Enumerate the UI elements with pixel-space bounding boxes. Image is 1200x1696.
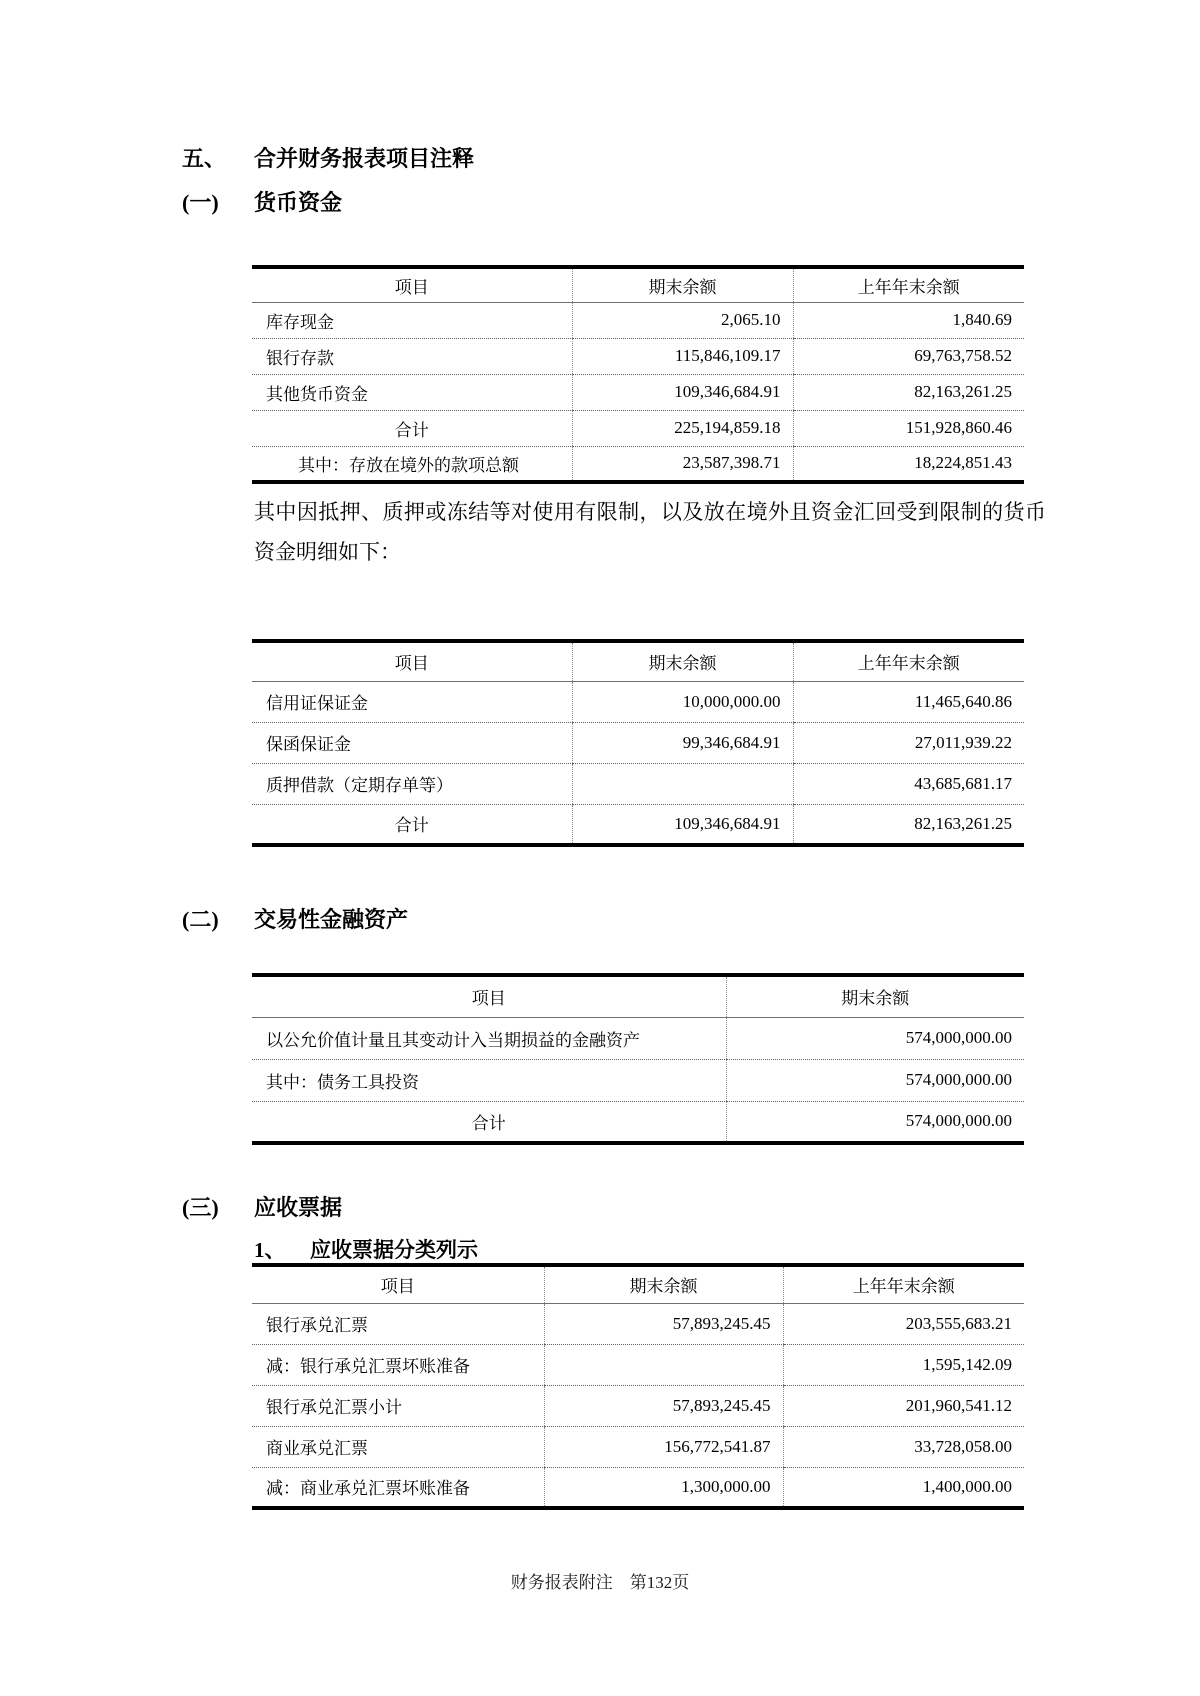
page-content: 五、 合并财务报表项目注释 (一) 货币资金 项目期末余额上年年末余额库存现金2…: [0, 0, 1200, 1510]
section-heading-notes-receivable: (三) 应收票据: [182, 1193, 1040, 1223]
column-header: 上年年末余额: [793, 267, 1024, 302]
subsection-title: 应收票据分类列示: [310, 1237, 478, 1263]
row-label: 保函保证金: [252, 722, 572, 763]
main-section-heading: 五、 合并财务报表项目注释: [182, 144, 1040, 174]
column-header: 期末余额: [726, 975, 1024, 1017]
amount-cell: 11,465,640.86: [793, 681, 1024, 722]
table-row: 库存现金2,065.101,840.69: [252, 302, 1024, 338]
notes-receivable-table: 项目期末余额上年年末余额银行承兑汇票57,893,245.45203,555,6…: [252, 1263, 1024, 1510]
amount-cell: [572, 763, 793, 804]
amount-cell: 43,685,681.17: [793, 763, 1024, 804]
amount-cell: 23,587,398.71: [572, 446, 793, 482]
amount-cell: [544, 1344, 783, 1385]
amount-cell: 27,011,939.22: [793, 722, 1024, 763]
section-number: (一): [182, 188, 254, 218]
amount-cell: 201,960,541.12: [783, 1385, 1024, 1426]
column-header: 期末余额: [572, 267, 793, 302]
row-label: 其中：债务工具投资: [252, 1059, 726, 1101]
column-header: 期末余额: [544, 1265, 783, 1303]
amount-cell: 203,555,683.21: [783, 1303, 1024, 1344]
table-row: 银行承兑汇票57,893,245.45203,555,683.21: [252, 1303, 1024, 1344]
row-label: 银行存款: [252, 338, 572, 374]
amount-cell: 151,928,860.46: [793, 410, 1024, 446]
table-header-row: 项目期末余额上年年末余额: [252, 641, 1024, 681]
row-label: 减：银行承兑汇票坏账准备: [252, 1344, 544, 1385]
table-row: 减：银行承兑汇票坏账准备1,595,142.09: [252, 1344, 1024, 1385]
row-label: 信用证保证金: [252, 681, 572, 722]
row-label: 银行承兑汇票小计: [252, 1385, 544, 1426]
row-label: 商业承兑汇票: [252, 1426, 544, 1467]
amount-cell: 57,893,245.45: [544, 1385, 783, 1426]
subsection-heading-classification: 1、 应收票据分类列示: [254, 1237, 1040, 1263]
amount-cell: 1,840.69: [793, 302, 1024, 338]
column-header: 项目: [252, 1265, 544, 1303]
section-number: (二): [182, 905, 254, 935]
monetary-funds-table: 项目期末余额上年年末余额库存现金2,065.101,840.69银行存款115,…: [252, 265, 1024, 484]
row-label: 以公允价值计量且其变动计入当期损益的金融资产: [252, 1017, 726, 1059]
amount-cell: 82,163,261.25: [793, 804, 1024, 845]
table-row: 其中：债务工具投资574,000,000.00: [252, 1059, 1024, 1101]
table-row: 保函保证金99,346,684.9127,011,939.22: [252, 722, 1024, 763]
table-row: 信用证保证金10,000,000.0011,465,640.86: [252, 681, 1024, 722]
row-label: 质押借款（定期存单等）: [252, 763, 572, 804]
amount-cell: 33,728,058.00: [783, 1426, 1024, 1467]
row-label: 其他货币资金: [252, 374, 572, 410]
section-title: 应收票据: [254, 1193, 342, 1223]
row-label: 合计: [252, 804, 572, 845]
table-row: 减：商业承兑汇票坏账准备1,300,000.001,400,000.00: [252, 1467, 1024, 1508]
column-header: 项目: [252, 641, 572, 681]
table-row: 银行存款115,846,109.1769,763,758.52: [252, 338, 1024, 374]
table-row: 其中：存放在境外的款项总额23,587,398.7118,224,851.43: [252, 446, 1024, 482]
row-label: 银行承兑汇票: [252, 1303, 544, 1344]
column-header: 上年年末余额: [783, 1265, 1024, 1303]
amount-cell: 57,893,245.45: [544, 1303, 783, 1344]
amount-cell: 574,000,000.00: [726, 1017, 1024, 1059]
table-header-row: 项目期末余额: [252, 975, 1024, 1017]
amount-cell: 1,300,000.00: [544, 1467, 783, 1508]
amount-cell: 1,595,142.09: [783, 1344, 1024, 1385]
document-page: 五、 合并财务报表项目注释 (一) 货币资金 项目期末余额上年年末余额库存现金2…: [0, 0, 1200, 1696]
row-label: 减：商业承兑汇票坏账准备: [252, 1467, 544, 1508]
column-header: 项目: [252, 975, 726, 1017]
section-heading-monetary-funds: (一) 货币资金: [182, 188, 1040, 218]
amount-cell: 156,772,541.87: [544, 1426, 783, 1467]
section-title: 货币资金: [254, 188, 342, 218]
amount-cell: 574,000,000.00: [726, 1059, 1024, 1101]
main-section-number: 五、: [182, 144, 254, 174]
amount-cell: 574,000,000.00: [726, 1101, 1024, 1143]
column-header: 项目: [252, 267, 572, 302]
column-header: 期末余额: [572, 641, 793, 681]
row-label: 库存现金: [252, 302, 572, 338]
amount-cell: 109,346,684.91: [572, 374, 793, 410]
table-header-row: 项目期末余额上年年末余额: [252, 267, 1024, 302]
main-section-title: 合并财务报表项目注释: [254, 144, 474, 174]
trading-financial-assets-table: 项目期末余额以公允价值计量且其变动计入当期损益的金融资产574,000,000.…: [252, 973, 1024, 1145]
table-row: 商业承兑汇票156,772,541.8733,728,058.00: [252, 1426, 1024, 1467]
table-header-row: 项目期末余额上年年末余额: [252, 1265, 1024, 1303]
amount-cell: 69,763,758.52: [793, 338, 1024, 374]
row-label: 其中：存放在境外的款项总额: [252, 446, 572, 482]
restricted-funds-table: 项目期末余额上年年末余额信用证保证金10,000,000.0011,465,64…: [252, 639, 1024, 847]
amount-cell: 225,194,859.18: [572, 410, 793, 446]
page-footer: 财务报表附注 第132页: [0, 1568, 1200, 1593]
amount-cell: 82,163,261.25: [793, 374, 1024, 410]
section-title: 交易性金融资产: [254, 905, 408, 935]
amount-cell: 18,224,851.43: [793, 446, 1024, 482]
table-row: 合计225,194,859.18151,928,860.46: [252, 410, 1024, 446]
restricted-funds-note: 其中因抵押、质押或冻结等对使用有限制，以及放在境外且资金汇回受到限制的货币资金明…: [254, 492, 1046, 572]
subsection-number: 1、: [254, 1237, 310, 1263]
section-heading-trading-assets: (二) 交易性金融资产: [182, 905, 1040, 935]
table-row: 合计574,000,000.00: [252, 1101, 1024, 1143]
table-row: 银行承兑汇票小计57,893,245.45201,960,541.12: [252, 1385, 1024, 1426]
column-header: 上年年末余额: [793, 641, 1024, 681]
table-row: 质押借款（定期存单等）43,685,681.17: [252, 763, 1024, 804]
amount-cell: 1,400,000.00: [783, 1467, 1024, 1508]
amount-cell: 109,346,684.91: [572, 804, 793, 845]
amount-cell: 2,065.10: [572, 302, 793, 338]
amount-cell: 10,000,000.00: [572, 681, 793, 722]
amount-cell: 115,846,109.17: [572, 338, 793, 374]
section-number: (三): [182, 1193, 254, 1223]
table-row: 以公允价值计量且其变动计入当期损益的金融资产574,000,000.00: [252, 1017, 1024, 1059]
page-footer-text: 财务报表附注 第132页: [511, 1573, 690, 1592]
amount-cell: 99,346,684.91: [572, 722, 793, 763]
row-label: 合计: [252, 1101, 726, 1143]
table-row: 合计109,346,684.9182,163,261.25: [252, 804, 1024, 845]
row-label: 合计: [252, 410, 572, 446]
table-row: 其他货币资金109,346,684.9182,163,261.25: [252, 374, 1024, 410]
